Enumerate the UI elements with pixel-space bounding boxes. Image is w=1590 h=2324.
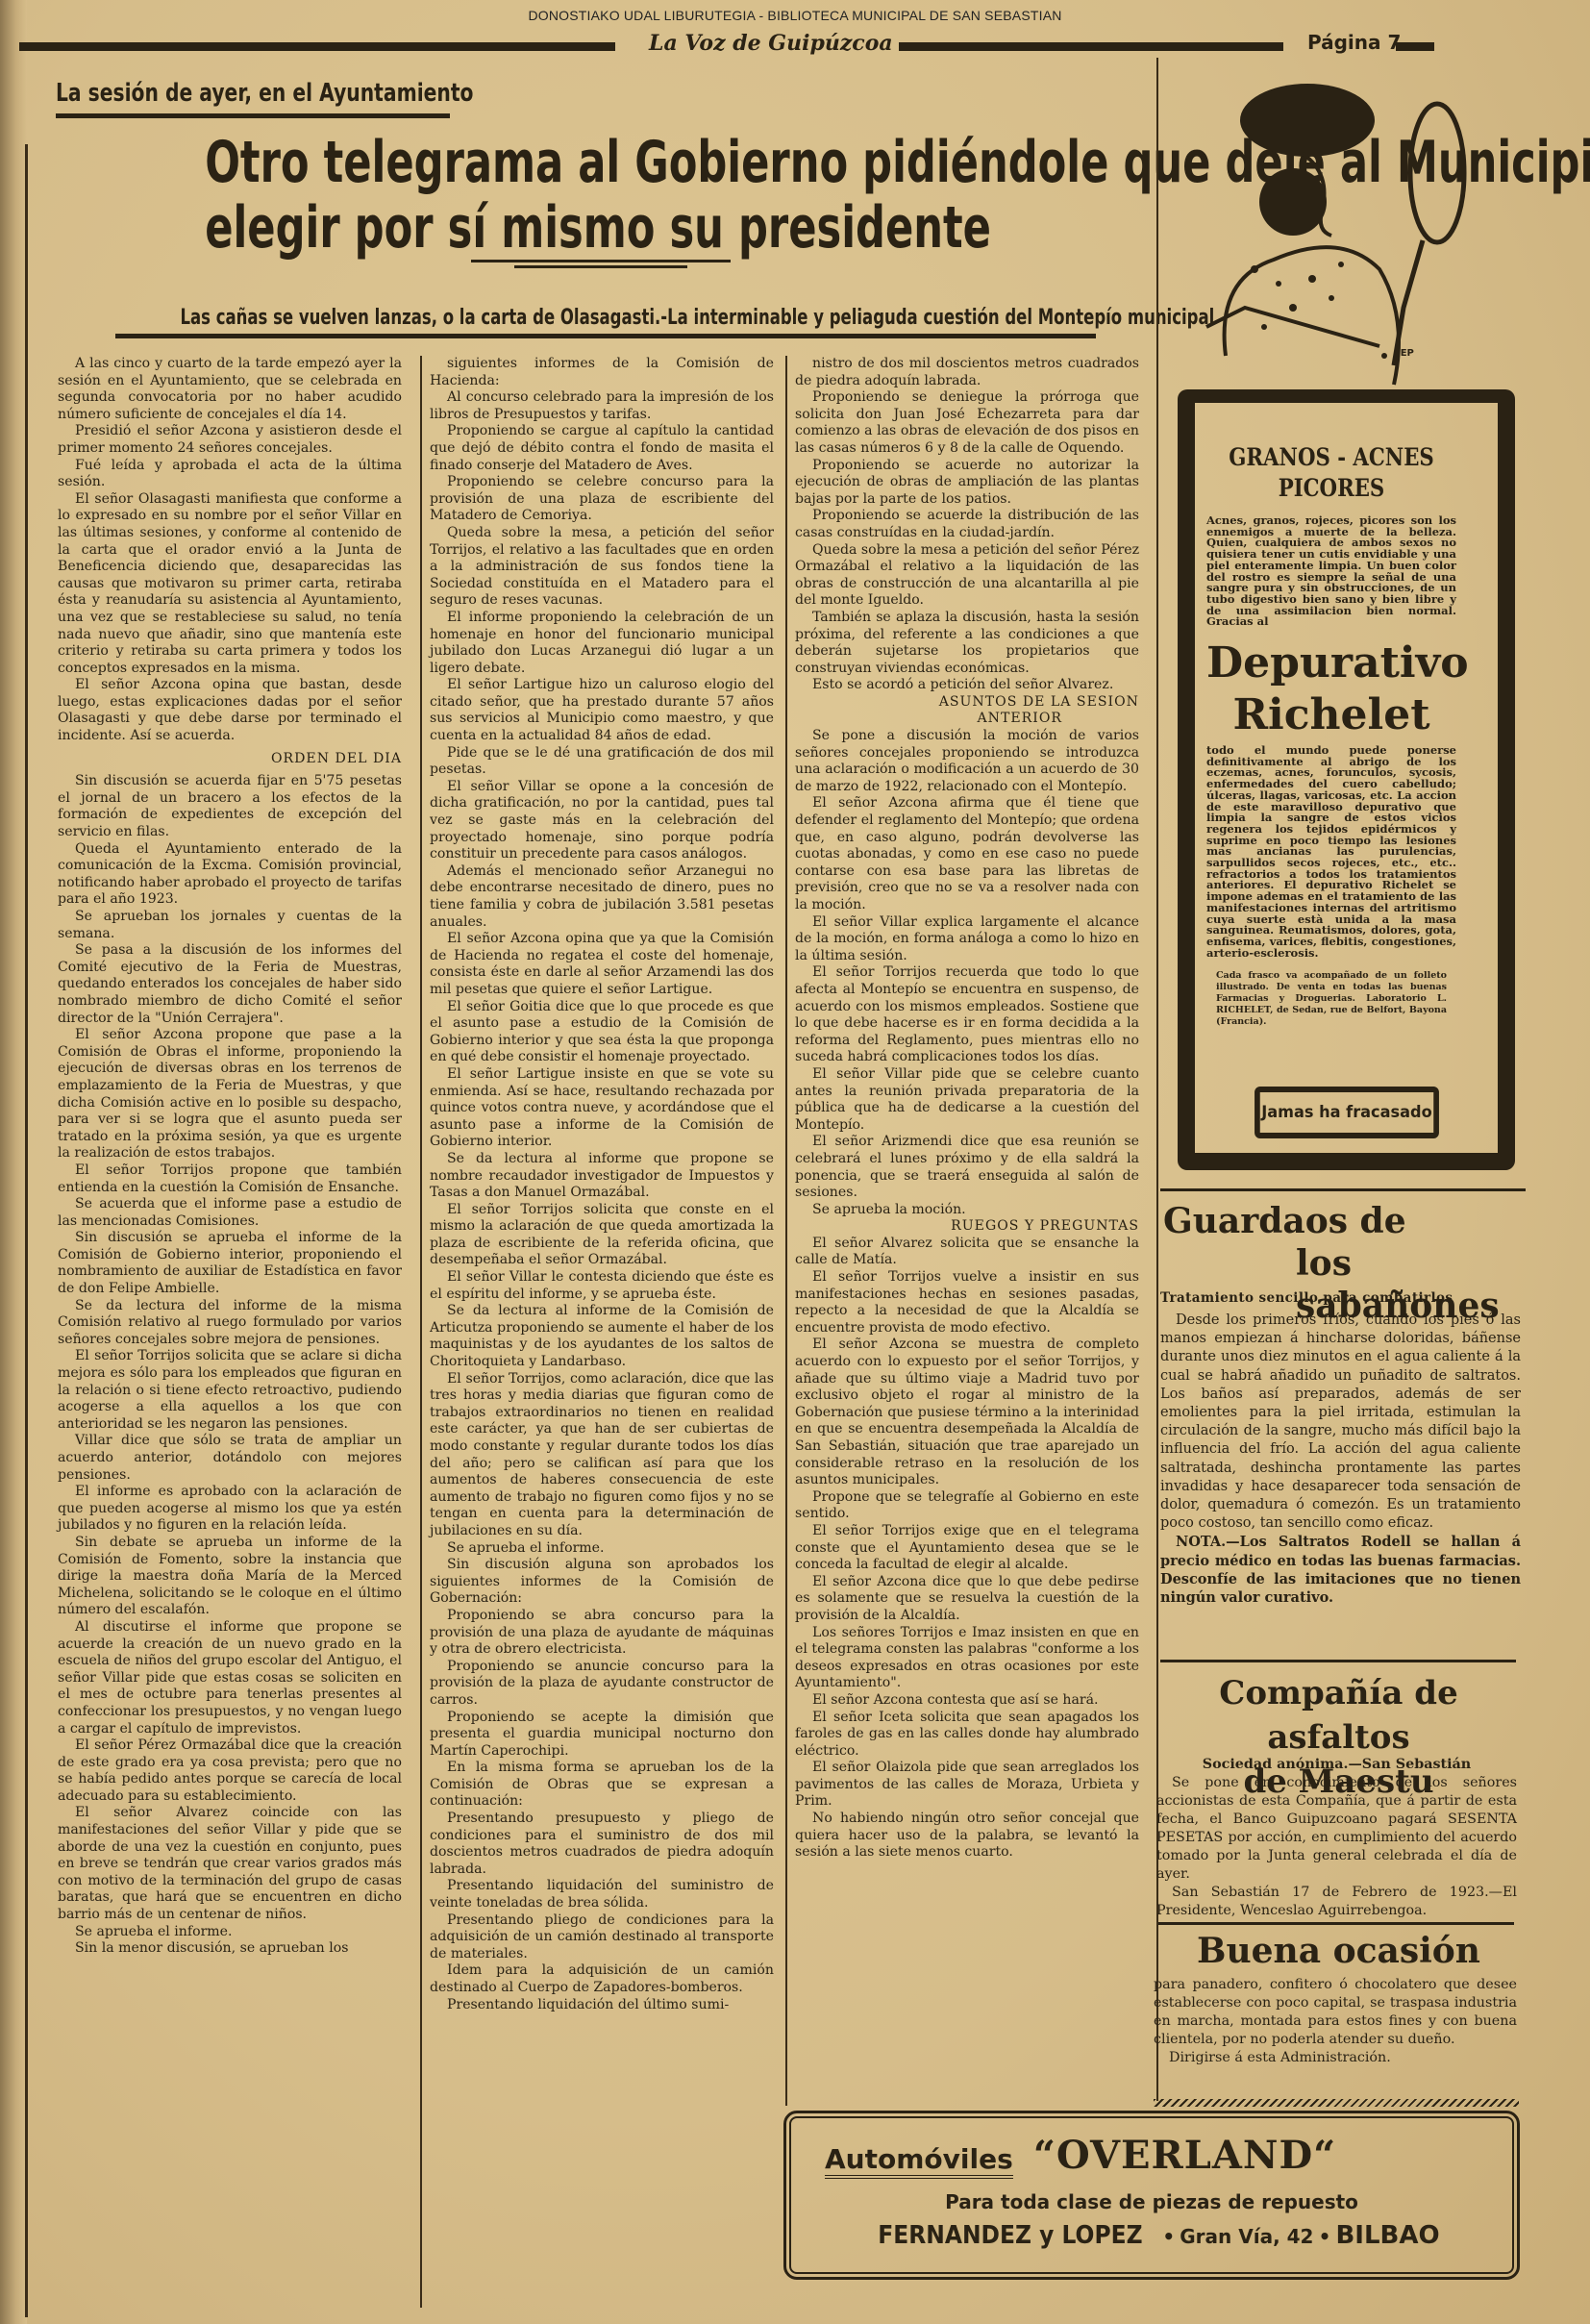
section-heading-orden-del-dia: ORDEN DEL DIA: [58, 751, 402, 768]
masthead-rule-right: [899, 42, 1283, 51]
paragraph: El señor Torrijos, como aclaración, dice…: [430, 1371, 774, 1540]
col1-intro: A las cinco y cuarto de la tarde empezó …: [58, 356, 402, 745]
paragraph: Proponiendo se acuerde la distribución d…: [795, 508, 1139, 541]
section-heading-ruegos: RUEGOS Y PREGUNTAS: [795, 1218, 1139, 1236]
paragraph: No habiendo ningún otro señor concejal q…: [795, 1811, 1139, 1862]
paragraph: Sin la menor discusión, se aprueban los: [58, 1940, 402, 1958]
paragraph: El señor Villar le contesta diciendo que…: [430, 1269, 774, 1303]
richelet-brand-2: Richelet: [1206, 689, 1456, 741]
paragraph: Se aprueba el informe.: [58, 1924, 402, 1941]
paragraph: Se pone a discusión la moción de varios …: [795, 728, 1139, 795]
richelet-ad: GRANOS - ACNES PICORES Acnes, granos, ro…: [1206, 442, 1456, 1028]
paragraph: También se aplaza la discusión, hasta la…: [795, 610, 1139, 677]
asfaltos-text: Se pone en conocimiento de los señores a…: [1156, 1774, 1517, 1884]
ocasion-body: para panadero, confitero ó chocolatero q…: [1154, 1976, 1517, 2067]
paragraph: El señor Villar explica largamente el al…: [795, 914, 1139, 965]
paragraph: El señor Azcona afirma que él tiene que …: [795, 795, 1139, 913]
paragraph: Proponiendo se acuerde no autorizar la e…: [795, 458, 1139, 509]
masthead-rule-end: [1396, 42, 1434, 51]
paragraph: El señor Lartigue insiste en que se vote…: [430, 1066, 774, 1151]
paragraph: El señor Olasagasti manifiesta que confo…: [58, 491, 402, 678]
page-number: Página 7: [1307, 31, 1401, 54]
paragraph: Presentando liquidación del último sumi-: [430, 1997, 774, 2014]
paragraph: Se da lectura al informe que propone se …: [430, 1151, 774, 1202]
ocasion-text: para panadero, confitero ó chocolatero q…: [1154, 1976, 1517, 2049]
paragraph: El señor Torrijos solicita que se aclare…: [58, 1348, 402, 1433]
overland-tagline: Para toda clase de piezas de repuesto: [786, 2190, 1517, 2213]
sabanones-title: Guardaos de los sabañones: [1163, 1200, 1528, 1327]
paragraph: El señor Torrijos exige que en el telegr…: [795, 1523, 1139, 1574]
richelet-tagline: Jamas ha fracasado: [1255, 1087, 1439, 1138]
paragraph: Queda el Ayuntamiento enterado de la com…: [58, 841, 402, 909]
ocasion-contact: Dirigirse á esta Administración.: [1154, 2049, 1517, 2067]
paragraph: Sin discusión se aprueba el informe de l…: [58, 1230, 402, 1297]
richelet-heading-1: GRANOS - ACNES: [1226, 442, 1438, 473]
paragraph: Esto se acordó a petición del señor Alva…: [795, 677, 1139, 694]
bullet-separator: •: [1162, 2225, 1175, 2248]
paragraph: El señor Azcona se muestra de completo a…: [795, 1337, 1139, 1488]
bullet-separator: •: [1319, 2225, 1331, 2248]
col1-orden: Sin discusión se acuerda fijar en 5'75 p…: [58, 773, 402, 1958]
paragraph: Se aprueba el informe.: [430, 1540, 774, 1558]
richelet-heading-2: PICORES: [1226, 473, 1438, 504]
asfaltos-signature: San Sebastián 17 de Febrero de 1923.—El …: [1156, 1884, 1517, 1920]
paragraph: Se aprueban los jornales y cuentas de la…: [58, 909, 402, 942]
paragraph: El señor Pérez Ormazábal dice que la cre…: [58, 1737, 402, 1805]
sabanones-subtitle: Tratamiento sencillo para combatirlos: [1160, 1290, 1453, 1306]
col3-ruegos: El señor Alvarez solicita que se ensanch…: [795, 1236, 1139, 1862]
sabanones-body: Desde los primeros fríos, cuando los pie…: [1160, 1312, 1521, 1607]
paragraph: Proponiendo se cargue al capítulo la can…: [430, 423, 774, 474]
overland-city: BILBAO: [1335, 2221, 1439, 2250]
paragraph: Sin discusión alguna son aprobados los s…: [430, 1557, 774, 1608]
ad-separator: [1160, 1188, 1526, 1191]
paragraph: El señor Torrijos solicita que conste en…: [430, 1202, 774, 1269]
paragraph: Se acuerda que el informe pase a estudio…: [58, 1196, 402, 1230]
paragraph: Al concurso celebrado para la impresión …: [430, 389, 774, 423]
paragraph: El señor Torrijos propone que también en…: [58, 1162, 402, 1196]
newspaper-title: La Voz de Guipúzcoa: [649, 31, 893, 56]
subhead-rule: [115, 334, 1096, 338]
sabanones-note: NOTA.—Los Saltratos Rodell se hallan á p…: [1160, 1533, 1521, 1607]
paragraph: El señor Azcona dice que lo que debe ped…: [795, 1574, 1139, 1625]
paragraph: El señor Villar se opone a la concesión …: [430, 779, 774, 863]
article-column-1: A las cinco y cuarto de la tarde empezó …: [58, 356, 402, 1958]
paragraph: Proponiendo se celebre concurso para la …: [430, 474, 774, 525]
article-kicker: La sesión de ayer, en el Ayuntamiento: [56, 79, 473, 108]
asfaltos-title-1: Compañía de asfaltos: [1154, 1671, 1524, 1760]
paragraph: El señor Lartigue hizo un caluroso elogi…: [430, 677, 774, 744]
paragraph: En la misma forma se aprueban los de la …: [430, 1760, 774, 1811]
column-divider: [785, 356, 787, 2106]
richelet-body: todo el mundo puede ponerse definitivame…: [1206, 745, 1456, 959]
paragraph: El señor Azcona opina que bastan, desde …: [58, 677, 402, 744]
richelet-intro: Acnes, granos, rojeces, picores son los …: [1206, 515, 1456, 628]
paragraph: Idem para la adquisición de un camión de…: [430, 1962, 774, 1996]
paragraph: Se aprueba la moción.: [795, 1202, 1139, 1219]
kicker-underline: [56, 113, 450, 118]
paragraph: Pide que se le dé una gratificación de d…: [430, 745, 774, 779]
paragraph: siguientes informes de la Comisión de Ha…: [430, 356, 774, 389]
paragraph: El señor Azcona opina que ya que la Comi…: [430, 931, 774, 998]
paragraph: Proponiendo se abra concurso para la pro…: [430, 1608, 774, 1659]
paragraph: Los señores Torrijos e Imaz insisten en …: [795, 1625, 1139, 1692]
article-subhead: Las cañas se vuelven lanzas, o la carta …: [181, 306, 974, 330]
paragraph: El señor Arizmendi dice que esa reunión …: [795, 1134, 1139, 1201]
paragraph: El señor Iceta solicita que sean apagado…: [795, 1710, 1139, 1761]
decorative-zigzag-rule: [1154, 2099, 1519, 2107]
paragraph: El señor Olaizola pide que sean arreglad…: [795, 1760, 1139, 1811]
ocasion-title: Buena ocasión: [1154, 1931, 1524, 1971]
section-heading-asuntos: ASUNTOS DE LA SESION: [795, 694, 1139, 712]
paragraph: Además el mencionado señor Arzanegui no …: [430, 863, 774, 931]
paragraph: A las cinco y cuarto de la tarde empezó …: [58, 356, 402, 423]
paragraph: Villar dice que sólo se trata de ampliar…: [58, 1433, 402, 1484]
woman-with-mirror-illustration: JEP: [1187, 67, 1476, 394]
sabanones-title-1: Guardaos de: [1163, 1200, 1528, 1242]
richelet-brand-1: Depurativo: [1206, 637, 1456, 689]
paragraph: Sin debate se aprueba un informe de la C…: [58, 1535, 402, 1619]
article-column-2: siguientes informes de la Comisión de Ha…: [430, 356, 774, 2013]
ad-separator: [1158, 1922, 1514, 1925]
paragraph: El señor Azcona propone que pase a la Co…: [58, 1027, 402, 1162]
svg-text:JEP: JEP: [1396, 348, 1414, 359]
masthead: La Voz de Guipúzcoa Página 7: [19, 35, 1519, 58]
paragraph: El señor Goitia dice que lo que procede …: [430, 999, 774, 1066]
masthead-rule-left: [19, 42, 615, 51]
paragraph: Queda sobre la mesa, a petición del seño…: [430, 525, 774, 610]
headline-line-2: elegir por sí mismo su presidente: [205, 195, 987, 261]
asfaltos-body: Sociedad anónima.—San Sebastián Se pone …: [1156, 1756, 1517, 1920]
paragraph: El señor Torrijos recuerda que todo lo q…: [795, 964, 1139, 1066]
paragraph: Propone que se telegrafíe al Gobierno en…: [795, 1489, 1139, 1523]
column-divider: [420, 356, 422, 2308]
paragraph: Al discutirse el informe que propone se …: [58, 1619, 402, 1737]
paragraph: El informe es aprobado con la aclaración…: [58, 1484, 402, 1535]
binding-rule: [25, 144, 28, 2317]
overland-lead: Automóviles: [825, 2143, 1013, 2179]
paragraph: Sin discusión se acuerda fijar en 5'75 p…: [58, 773, 402, 840]
paragraph: Se da lectura del informe de la misma Co…: [58, 1298, 402, 1349]
article-column-3: nistro de dos mil doscientos metros cuad…: [795, 356, 1139, 1862]
paragraph: El informe proponiendo la celebración de…: [430, 610, 774, 677]
paragraph: Queda sobre la mesa a petición del señor…: [795, 542, 1139, 610]
overland-address: Gran Vía, 42: [1180, 2225, 1313, 2248]
asfaltos-subtitle: Sociedad anónima.—San Sebastián: [1156, 1756, 1517, 1774]
overland-company: FERNANDEZ y LOPEZ: [879, 2221, 1143, 2250]
article-headline: Otro telegrama al Gobierno pidiéndole qu…: [205, 130, 987, 261]
paragraph: El señor Torrijos vuelve a insistir en s…: [795, 1269, 1139, 1337]
binding-edge: [0, 0, 27, 2324]
headline-ornament-rule: [471, 260, 731, 271]
paragraph: Presentando presupuesto y pliego de cond…: [430, 1811, 774, 1878]
paragraph: Proponiendo se acepte la dimisión que pr…: [430, 1710, 774, 1761]
paragraph: Se da lectura al informe de la Comisión …: [430, 1303, 774, 1370]
paragraph: El señor Azcona contesta que así se hará…: [795, 1692, 1139, 1710]
paragraph: Proponiendo se deniegue la prórroga que …: [795, 389, 1139, 457]
paragraph: El señor Villar pide que se celebre cuan…: [795, 1066, 1139, 1134]
overland-ad: Automóviles “OVERLAND“ Para toda clase d…: [783, 2111, 1520, 2280]
col2-text: siguientes informes de la Comisión de Ha…: [430, 356, 774, 2013]
paragraph: Presidió el señor Azcona y asistieron de…: [58, 423, 402, 457]
paragraph: El señor Alvarez solicita que se ensanch…: [795, 1236, 1139, 1269]
overland-brand: “OVERLAND“: [1033, 2133, 1336, 2178]
richelet-footer: Cada frasco va acompañado de un folleto …: [1216, 970, 1447, 1028]
col3-asuntos: Se pone a discusión la moción de varios …: [795, 728, 1139, 1218]
paragraph: Presentando pliego de condiciones para l…: [430, 1912, 774, 1963]
paragraph: Fué leída y aprobada el acta de la últim…: [58, 458, 402, 491]
paragraph: Se pasa a la discusión de los informes d…: [58, 942, 402, 1027]
sabanones-text: Desde los primeros fríos, cuando los pie…: [1160, 1312, 1521, 1533]
library-watermark: DONOSTIAKO UDAL LIBURUTEGIA - BIBLIOTECA…: [0, 8, 1590, 23]
col3-text: nistro de dos mil doscientos metros cuad…: [795, 356, 1139, 694]
paragraph: El señor Alvarez coincide con las manife…: [58, 1805, 402, 1923]
section-heading-anterior: ANTERIOR: [795, 711, 1139, 728]
paragraph: Proponiendo se anuncie concurso para la …: [430, 1659, 774, 1710]
ad-separator: [1160, 1660, 1516, 1662]
paragraph: nistro de dos mil doscientos metros cuad…: [795, 356, 1139, 389]
paragraph: Presentando liquidación del suministro d…: [430, 1878, 774, 1912]
headline-line-1: Otro telegrama al Gobierno pidiéndole qu…: [205, 130, 987, 195]
